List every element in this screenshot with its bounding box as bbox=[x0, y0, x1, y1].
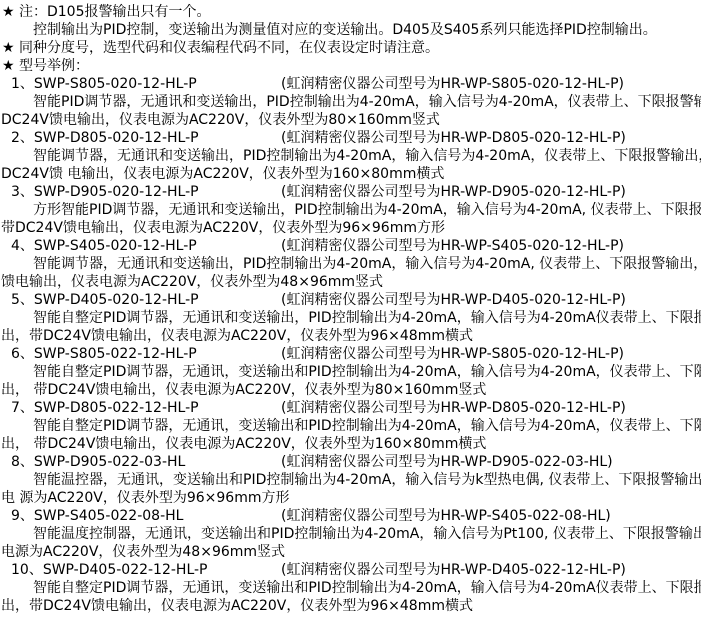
note-text: 注：D105报警输出只有一个。 bbox=[19, 4, 211, 20]
model-9-header: 9、SWP-S405-022-08-HL(虹润精密仪器公司型号为HR-WP-S4… bbox=[0, 507, 701, 525]
model-company-code: (虹润精密仪器公司型号为HR-WP-D905-020-12-HL-P) bbox=[281, 183, 626, 201]
model-5-description-cont: 出，带DC24V馈电输出，仪表电源为AC220V，仪表外型为96×48mm横式 bbox=[0, 327, 701, 345]
model-code: 10、SWP-D405-022-12-HL-P bbox=[11, 562, 208, 578]
model-company-code: (虹润精密仪器公司型号为HR-WP-S405-020-12-HL-P) bbox=[281, 237, 624, 255]
model-7-description: 智能自整定PID调节器，无通讯，变送输出和PID控制输出为4-20mA，输入信号… bbox=[0, 417, 701, 435]
note-text: 控制输出为PID控制，变送输出为测量值对应的变送输出。D405及S405系列只能… bbox=[33, 22, 657, 38]
model-2-description: 智能调节器，无通讯和变送输出，PID控制输出为4-20mA，输入信号为4-20m… bbox=[0, 147, 701, 165]
model-4-description: 智能调节器，无通讯和变送输出，PID控制输出为4-20mA，输入信号为4-20m… bbox=[0, 255, 701, 273]
model-1-description: 智能PID调节器，无通讯和变送输出，PID控制输出为4-20mA，输入信号为4-… bbox=[0, 93, 701, 111]
model-1-header: 1、SWP-S805-020-12-HL-P(虹润精密仪器公司型号为HR-WP-… bbox=[0, 75, 701, 93]
model-code: 6、SWP-S805-022-12-HL-P bbox=[11, 346, 197, 362]
model-company-code: (虹润精密仪器公司型号为HR-WP-D405-022-12-HL-P) bbox=[281, 561, 626, 579]
model-code: 2、SWP-D805-020-12-HL-P bbox=[11, 130, 199, 146]
model-5-header: 5、SWP-D405-020-12-HL-P(虹润精密仪器公司型号为HR-WP-… bbox=[0, 291, 701, 309]
model-7-header: 7、SWP-D805-022-12-HL-P(虹润精密仪器公司型号为HR-WP-… bbox=[0, 399, 701, 417]
model-6-description-cont: 出， 带DC24V馈电输出，仪表电源为AC220V，仪表外型为80×160mm竖… bbox=[0, 381, 701, 399]
note-text: 同种分度号，选型代码和仪表编程代码不同，在仪表设定时请注意。 bbox=[19, 40, 439, 56]
model-6-header: 6、SWP-S805-022-12-HL-P(虹润精密仪器公司型号为HR-WP-… bbox=[0, 345, 701, 363]
star-bullet-icon: ★ bbox=[2, 57, 19, 75]
model-code: 7、SWP-D805-022-12-HL-P bbox=[11, 400, 199, 416]
model-company-code: (虹润精密仪器公司型号为HR-WP-D405-020-12-HL-P) bbox=[281, 291, 626, 309]
model-7-description-cont: 出， 带DC24V馈电输出，仪表电源为AC220V，仪表外型为160×80mm横… bbox=[0, 435, 701, 453]
model-4-description-cont: 馈电输出，仪表电源为AC220V，仪表外型为48×96mm竖式 bbox=[0, 273, 701, 291]
model-company-code: (虹润精密仪器公司型号为HR-WP-D805-020-12-HL-P) bbox=[281, 399, 626, 417]
model-10-header: 10、SWP-D405-022-12-HL-P(虹润精密仪器公司型号为HR-WP… bbox=[0, 561, 701, 579]
model-6-description: 智能自整定PID调节器，无通讯，变送输出和PID控制输出为4-20mA，输入信号… bbox=[0, 363, 701, 381]
model-4-header: 4、SWP-S405-020-12-HL-P(虹润精密仪器公司型号为HR-WP-… bbox=[0, 237, 701, 255]
model-2-header: 2、SWP-D805-020-12-HL-P(虹润精密仪器公司型号为HR-WP-… bbox=[0, 129, 701, 147]
model-2-description-cont: DC24V馈 电输出，仪表电源为AC220V，仪表外型为160×80mm横式 bbox=[0, 165, 701, 183]
model-company-code: (虹润精密仪器公司型号为HR-WP-S805-020-12-HL-P) bbox=[281, 345, 624, 363]
note-alarm-output: ★注：D105报警输出只有一个。 bbox=[0, 3, 701, 21]
model-code: 1、SWP-S805-020-12-HL-P bbox=[11, 76, 197, 92]
section-title-text: 型号举例： bbox=[19, 58, 89, 74]
section-title-model-examples: ★型号举例： bbox=[0, 57, 701, 75]
model-code: 3、SWP-D905-020-12-HL-P bbox=[11, 184, 199, 200]
model-code: 8、SWP-D905-022-03-HL bbox=[11, 454, 185, 470]
model-9-description-cont: 电源为AC220V，仪表外型为48×96mm竖式 bbox=[0, 543, 701, 561]
model-1-description-cont: DC24V馈电输出，仪表电源为AC220V，仪表外型为80×160mm竖式 bbox=[0, 111, 701, 129]
model-3-header: 3、SWP-D905-020-12-HL-P(虹润精密仪器公司型号为HR-WP-… bbox=[0, 183, 701, 201]
note-alarm-output-cont: 控制输出为PID控制，变送输出为测量值对应的变送输出。D405及S405系列只能… bbox=[0, 21, 701, 39]
model-8-description-cont: 电 源为AC220V，仪表外型为96×96mm方形 bbox=[0, 489, 701, 507]
star-bullet-icon: ★ bbox=[2, 39, 19, 57]
model-company-code: (虹润精密仪器公司型号为HR-WP-S805-020-12-HL-P) bbox=[281, 75, 624, 93]
model-code: 9、SWP-S405-022-08-HL bbox=[11, 508, 183, 524]
star-bullet-icon: ★ bbox=[2, 3, 19, 21]
model-8-description: 智能温控器，无通讯，变送输出和PID控制输出为4-20mA，输入信号为k型热电偶… bbox=[0, 471, 701, 489]
model-3-description-cont: 带DC24V馈电输出，仪表电源为AC220V，仪表外型为96×96mm方形 bbox=[0, 219, 701, 237]
model-10-description-cont: 出，带DC24V馈电输出，仪表电源为AC220V，仪表外型为96×48mm横式 bbox=[0, 597, 701, 615]
model-company-code: (虹润精密仪器公司型号为HR-WP-D905-022-03-HL) bbox=[281, 453, 613, 471]
note-graduation-code: ★同种分度号，选型代码和仪表编程代码不同，在仪表设定时请注意。 bbox=[0, 39, 701, 57]
model-9-description: 智能温度控制器，无通讯，变送输出和PID控制输出为4-20mA，输入信号为Pt1… bbox=[0, 525, 701, 543]
model-8-header: 8、SWP-D905-022-03-HL(虹润精密仪器公司型号为HR-WP-D9… bbox=[0, 453, 701, 471]
model-code: 4、SWP-S405-020-12-HL-P bbox=[11, 238, 197, 254]
model-code: 5、SWP-D405-020-12-HL-P bbox=[11, 292, 199, 308]
document-page: ★注：D105报警输出只有一个。 控制输出为PID控制，变送输出为测量值对应的变… bbox=[0, 0, 701, 619]
model-company-code: (虹润精密仪器公司型号为HR-WP-D805-020-12-HL-P) bbox=[281, 129, 626, 147]
model-10-description: 智能自整定PID调节器，无通讯，变送输出和PID控制输出为4-20mA，输入信号… bbox=[0, 579, 701, 597]
model-company-code: (虹润精密仪器公司型号为HR-WP-S405-022-08-HL) bbox=[281, 507, 611, 525]
model-3-description: 方形智能PID调节器，无通讯和变送输出，PID控制输出为4-20mA，输入信号为… bbox=[0, 201, 701, 219]
model-5-description: 智能自整定PID调节器，无通讯和变送输出，PID控制输出为4-20mA，输入信号… bbox=[0, 309, 701, 327]
